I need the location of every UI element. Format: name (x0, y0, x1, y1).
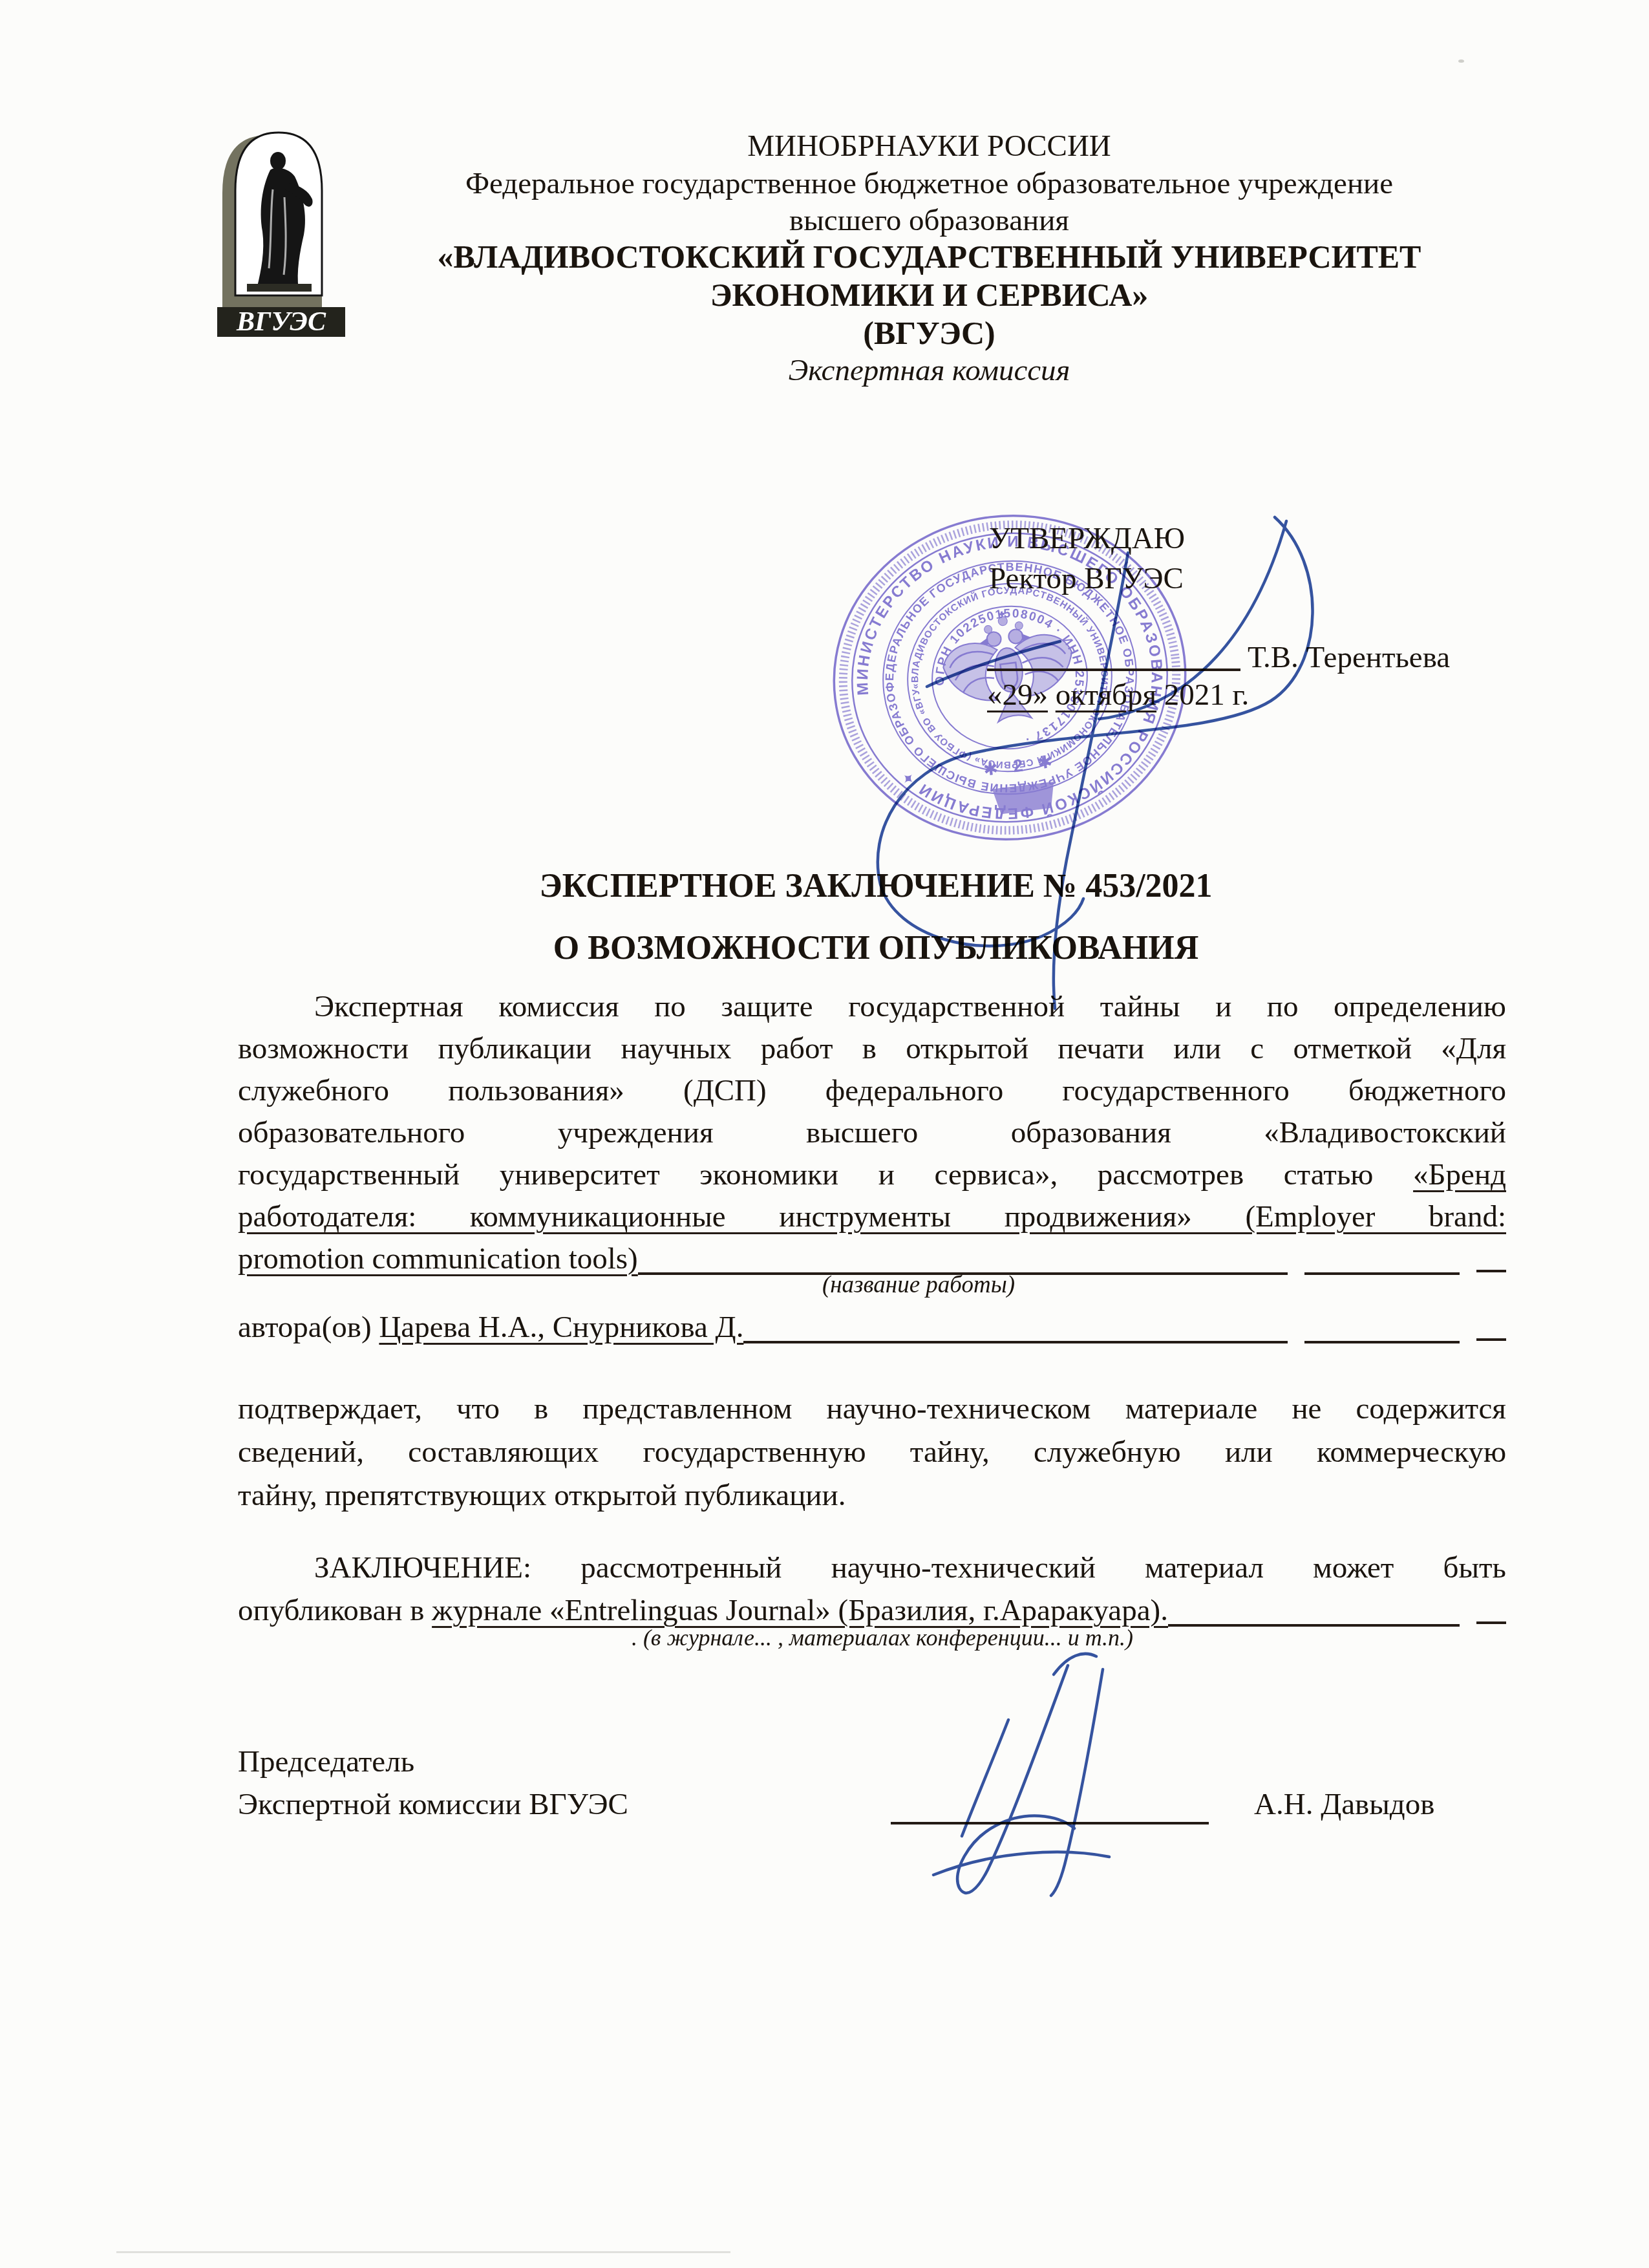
chair-title-line1: Председатель (238, 1744, 414, 1779)
header-univ-line2: ЭКОНОМИКИ И СЕРВИСА» (297, 277, 1561, 313)
body-p1-line2: возможности публикации научных работ в о… (238, 1030, 1506, 1067)
body-p1-line1: Экспертная комиссия по защите государств… (238, 988, 1506, 1025)
journal-caption: . (в журнале... , материалах конференции… (239, 1624, 1526, 1651)
body-p1-line5: государственный университет экономики и … (238, 1156, 1506, 1193)
scan-artifact-speck (1458, 59, 1464, 63)
body-p1-line4: образовательного учреждения высшего обра… (238, 1114, 1506, 1151)
conclusion-line1: ЗАКЛЮЧЕНИЕ: рассмотренный научно-техниче… (238, 1549, 1506, 1587)
header-univ-line1: «ВЛАДИВОСТОКСКИЙ ГОСУДАРСТВЕННЫЙ УНИВЕРС… (297, 239, 1561, 275)
body-p1-line6-underlined: работодателя: коммуникационные инструмен… (238, 1200, 1506, 1234)
blank-line-dash (1476, 1338, 1506, 1341)
approval-date-month: октября (1056, 678, 1156, 712)
body-p2-line2: сведений, составляющих государственную т… (238, 1433, 1506, 1471)
body-p2-line1: подтверждает, что в представленном научн… (238, 1390, 1506, 1428)
body-p1-line5-text: государственный университет экономики и … (238, 1158, 1413, 1192)
approver-role: Ректор ВГУЭС (989, 561, 1184, 596)
document-page: ВГУЭС МИНОБРНАУКИ РОССИИ Федеральное гос… (0, 0, 1649, 2268)
approval-date-year: 2021 г. (1164, 678, 1249, 712)
header-org-line2: высшего образования (297, 202, 1561, 239)
header-ministry: МИНОБРНАУКИ РОССИИ (297, 128, 1561, 164)
approval-date-day: «29» (987, 678, 1048, 712)
chair-name: А.Н. Давыдов (1254, 1787, 1434, 1822)
approval-date: «29» октября 2021 г. (987, 678, 1249, 712)
chairman-signature (933, 1654, 1109, 1896)
blank-line-segment (1304, 1341, 1460, 1343)
scan-artifact-line (116, 2251, 730, 2253)
body-p2-line3: тайну, препятствующих открытой публикаци… (238, 1477, 1506, 1514)
authors-names: Царева Н.А., Снурникова Д. (379, 1309, 743, 1346)
authors-label: автора(ов) (238, 1309, 379, 1346)
approver-signature-line (987, 669, 1240, 671)
chair-signature-line (891, 1822, 1209, 1824)
approve-label: УТВЕРЖДАЮ (989, 521, 1185, 556)
body-p1-line3: служебного пользования» (ДСП) федерально… (238, 1072, 1506, 1109)
document-title-line2: О ВОЗМОЖНОСТИ ОПУБЛИКОВАНИЯ (242, 929, 1510, 967)
work-title-caption: (название работы) (284, 1271, 1553, 1299)
approver-name: Т.В. Терентьева (1248, 640, 1450, 675)
body-p1-line6: работодателя: коммуникационные инструмен… (238, 1198, 1506, 1236)
header-org-line1: Федеральное государственное бюджетное об… (297, 166, 1561, 202)
header-committee: Экспертная комиссия (297, 352, 1561, 389)
document-title-line1: ЭКСПЕРТНОЕ ЗАКЛЮЧЕНИЕ № 453/2021 (242, 867, 1510, 905)
body-p1-line5-underlined: «Бренд (1413, 1158, 1506, 1192)
header-univ-abbr: (ВГУЭС) (297, 315, 1561, 351)
authors-field: автора(ов) Царева Н.А., Снурникова Д. (238, 1309, 1506, 1346)
chair-title-line2: Экспертной комиссии ВГУЭС (238, 1787, 628, 1822)
blank-line-fill (743, 1341, 1288, 1343)
